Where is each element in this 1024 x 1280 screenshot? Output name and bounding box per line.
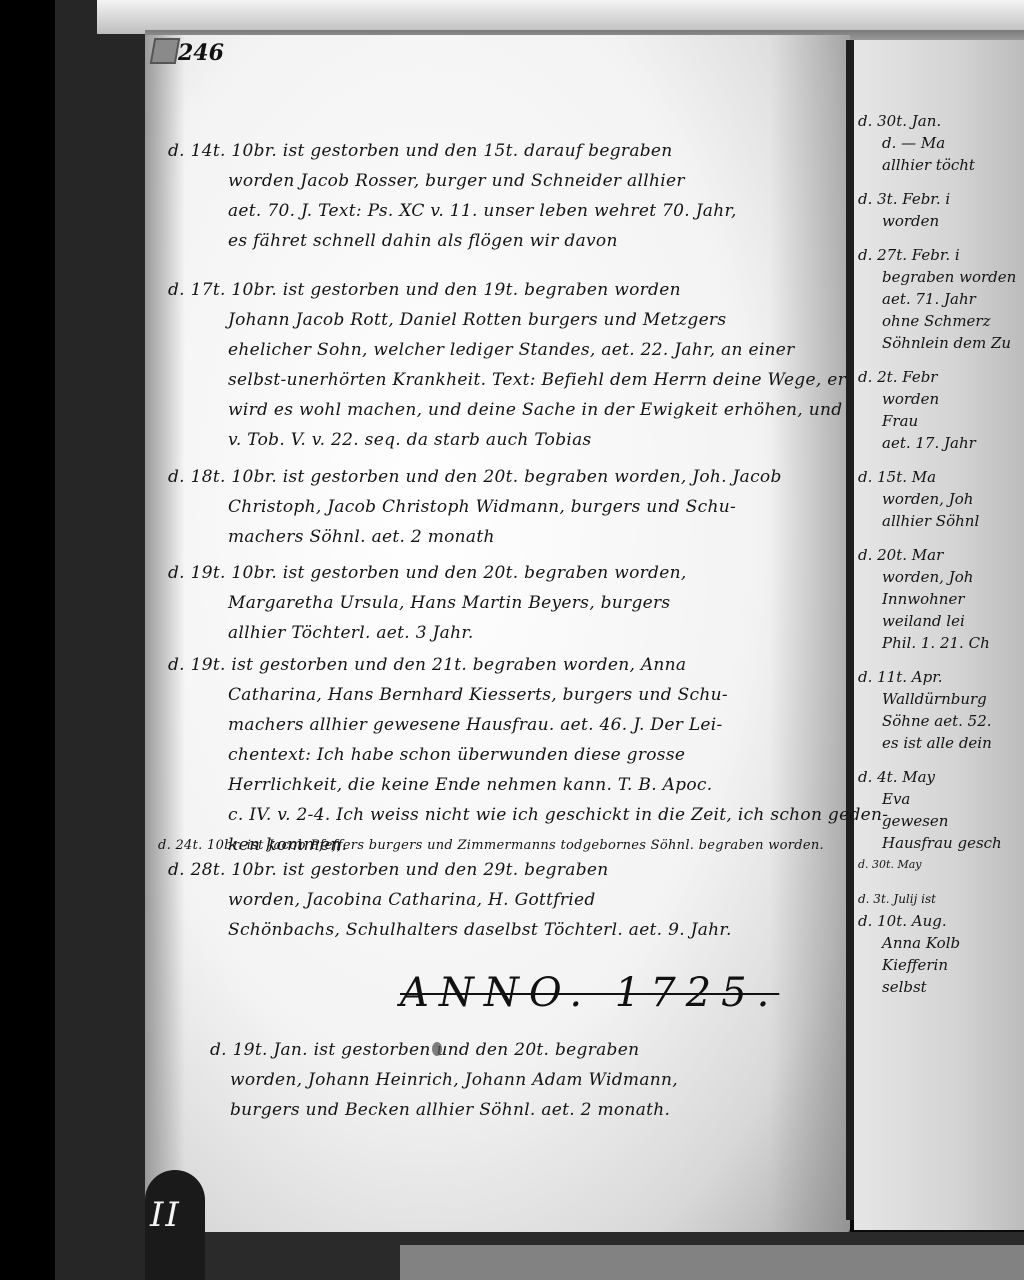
entry-line: Walldürnburg xyxy=(858,688,1024,710)
entry-line: Catharina, Hans Bernhard Kiesserts, burg… xyxy=(168,680,888,710)
entry-line: allhier Töchterl. aet. 3 Jahr. xyxy=(168,618,687,648)
film-strip xyxy=(55,0,150,1280)
entry-line: d. 14t. 10br. ist gestorben und den 15t.… xyxy=(168,136,737,166)
entry-line: Innwohner xyxy=(858,588,1024,610)
entry-line: Herrlichkeit, die keine Ende nehmen kann… xyxy=(168,770,888,800)
entry-line: c. IV. v. 2-4. Ich weiss nicht wie ich g… xyxy=(168,800,888,830)
register-entry: d. 18t. 10br. ist gestorben und den 20t.… xyxy=(168,462,782,552)
register-entry: d. 17t. 10br. ist gestorben und den 19t.… xyxy=(168,275,846,455)
entry-line: worden, Johann Heinrich, Johann Adam Wid… xyxy=(210,1065,678,1095)
entry-line: d. 19t. 10br. ist gestorben und den 20t.… xyxy=(168,558,687,588)
film-border-left xyxy=(0,0,55,1280)
entry-line: d. 11t. Apr. xyxy=(858,666,1024,688)
entry-line: worden xyxy=(858,210,1024,232)
entry-line: machers Söhnl. aet. 2 monath xyxy=(168,522,782,552)
scan-top-margin xyxy=(97,0,1024,34)
entry-line: selbst xyxy=(858,976,1024,998)
entry-line: selbst-unerhörten Krankheit. Text: Befie… xyxy=(168,365,846,395)
register-entry: d. 19t. 10br. ist gestorben und den 20t.… xyxy=(168,558,687,648)
entry-line: aet. 17. Jahr xyxy=(858,432,1024,454)
entry-line: Schönbachs, Schulhalters daselbst Töchte… xyxy=(168,915,732,945)
entry-line: d. 24t. 10br. ist Jacob Pfeffers burgers… xyxy=(158,836,824,856)
entry-line: machers allhier gewesene Hausfrau. aet. … xyxy=(168,710,888,740)
entry-line: d. 4t. May xyxy=(858,766,1024,788)
entry-line: Frau xyxy=(858,410,1024,432)
entry-line: d. — Ma xyxy=(858,132,1024,154)
entry-line: wird es wohl machen, und deine Sache in … xyxy=(168,395,846,425)
entry-line: Anna Kolb xyxy=(858,932,1024,954)
right-page-entries: d. 30t. Jan. d. — Ma allhier töcht d. 3t… xyxy=(858,110,1024,998)
entry-line: burgers und Becken allhier Söhnl. aet. 2… xyxy=(210,1095,678,1125)
register-entry-insertion: d. 24t. 10br. ist Jacob Pfeffers burgers… xyxy=(158,836,824,856)
entry-line: gewesen xyxy=(858,810,1024,832)
entry-line: Eva xyxy=(858,788,1024,810)
entry-line: weiland lei xyxy=(858,610,1024,632)
entry-line: worden Jacob Rosser, burger und Schneide… xyxy=(168,166,737,196)
scan-bottom-light xyxy=(400,1245,1024,1280)
entry-line: d. 18t. 10br. ist gestorben und den 20t.… xyxy=(168,462,782,492)
entry-line: Söhne aet. 52. xyxy=(858,710,1024,732)
register-entry: d. 14t. 10br. ist gestorben und den 15t.… xyxy=(168,136,737,256)
ink-blot xyxy=(432,1042,442,1056)
film-frame-mark: II xyxy=(150,1195,181,1235)
entry-line: d. 28t. 10br. ist gestorben und den 29t.… xyxy=(168,855,732,885)
register-entry: d. 19t. Jan. ist gestorben und den 20t. … xyxy=(210,1035,678,1125)
entry-line: d. 3t. Febr. i xyxy=(858,188,1024,210)
entry-line: allhier Söhnl xyxy=(858,510,1024,532)
entry-line: Christoph, Jacob Christoph Widmann, burg… xyxy=(168,492,782,522)
entry-line: d. 20t. Mar xyxy=(858,544,1024,566)
entry-line: Hausfrau gesch xyxy=(858,832,1024,854)
entry-line: d. 17t. 10br. ist gestorben und den 19t.… xyxy=(168,275,846,305)
entry-line: Söhnlein dem Zu xyxy=(858,332,1024,354)
entry-line: begraben worden xyxy=(858,266,1024,288)
entry-line: Margaretha Ursula, Hans Martin Beyers, b… xyxy=(168,588,687,618)
entry-line: d. 19t. Jan. ist gestorben und den 20t. … xyxy=(210,1035,678,1065)
entry-line: aet. 70. J. Text: Ps. XC v. 11. unser le… xyxy=(168,196,737,226)
entry-line: allhier töcht xyxy=(858,154,1024,176)
entry-line: worden, Joh xyxy=(858,488,1024,510)
entry-line: d. 27t. Febr. i xyxy=(858,244,1024,266)
entry-line: d. 2t. Febr xyxy=(858,366,1024,388)
entry-line: d. 10t. Aug. xyxy=(858,910,1024,932)
page-number: 246 xyxy=(178,40,224,66)
entry-line: worden, Jacobina Catharina, H. Gottfried xyxy=(168,885,732,915)
entry-line: chentext: Ich habe schon überwunden dies… xyxy=(168,740,888,770)
entry-line: es ist alle dein xyxy=(858,732,1024,754)
entry-line: d. 30t. May xyxy=(858,854,1024,876)
entry-line: ohne Schmerz xyxy=(858,310,1024,332)
entry-line: es fähret schnell dahin als flögen wir d… xyxy=(168,226,737,256)
archive-stamp-icon xyxy=(150,38,181,64)
entry-line: d. 19t. ist gestorben und den 21t. begra… xyxy=(168,650,888,680)
entry-line: worden, Joh xyxy=(858,566,1024,588)
entry-line: Kiefferin xyxy=(858,954,1024,976)
entry-line: d. 15t. Ma xyxy=(858,466,1024,488)
register-entry: d. 28t. 10br. ist gestorben und den 29t.… xyxy=(168,855,732,945)
entry-line: d. 30t. Jan. xyxy=(858,110,1024,132)
entry-line: d. 3t. Julij ist xyxy=(858,888,1024,910)
entry-line: Phil. 1. 21. Ch xyxy=(858,632,1024,654)
register-entry: d. 19t. ist gestorben und den 21t. begra… xyxy=(168,650,888,860)
entry-line: ehelicher Sohn, welcher lediger Standes,… xyxy=(168,335,846,365)
year-heading: ANNO. 1725. xyxy=(400,970,779,1016)
entry-line: aet. 71. Jahr xyxy=(858,288,1024,310)
entry-line: Johann Jacob Rott, Daniel Rotten burgers… xyxy=(168,305,846,335)
entry-line: worden xyxy=(858,388,1024,410)
entry-line: v. Tob. V. v. 22. seq. da starb auch Tob… xyxy=(168,425,846,455)
book-gutter xyxy=(846,40,854,1220)
